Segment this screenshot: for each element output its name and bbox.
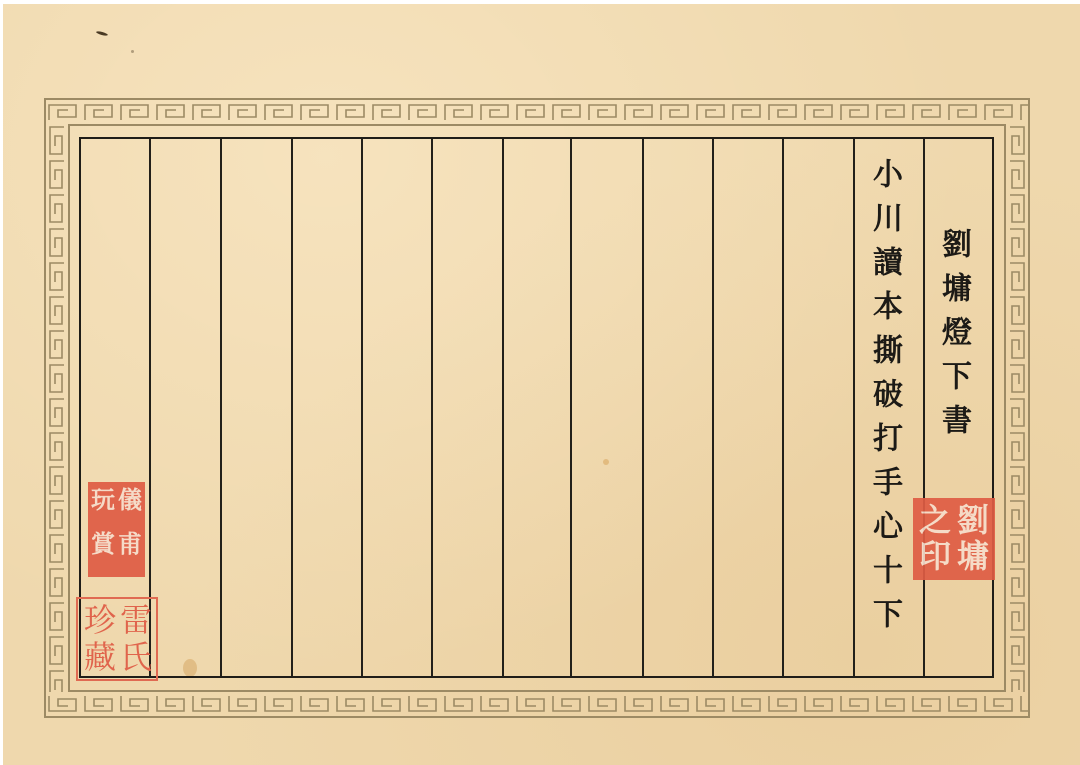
fret-border-left (46, 124, 68, 692)
fret-border-top (46, 100, 1028, 124)
seal-char: 珍 (84, 604, 116, 636)
column-rule (923, 139, 925, 676)
seal-char: 之 (919, 504, 951, 536)
seal-char: 印 (919, 540, 951, 572)
seal-char: 賞 (91, 532, 115, 556)
column-rule (220, 139, 222, 676)
seal-collector-upper: 儀 甫 玩 賞 (88, 482, 145, 577)
ink-speck (131, 50, 134, 53)
column-rule (570, 139, 572, 676)
seal-collector-lower: 雷 氏 珍 藏 (76, 597, 158, 681)
seal-char: 氏 (120, 641, 152, 673)
letter-text-column-1: 小川讀本撕破打手心十下 (869, 158, 899, 642)
seal-char: 劉 (957, 504, 989, 536)
letter-text-signature: 劉墉燈下書 (938, 228, 968, 448)
seal-char: 甫 (118, 532, 142, 556)
column-rule (149, 139, 151, 676)
seal-char: 藏 (84, 641, 116, 673)
fret-border-bottom (46, 692, 1028, 716)
column-rule (291, 139, 293, 676)
seal-char: 儀 (118, 488, 142, 512)
column-rule (712, 139, 714, 676)
column-rule (502, 139, 504, 676)
column-rule (431, 139, 433, 676)
column-rule (853, 139, 855, 676)
seal-char: 玩 (91, 488, 115, 512)
fret-border-right (1006, 124, 1028, 692)
seal-liu-yong: 劉 墉 之 印 (913, 498, 995, 580)
column-grid (79, 137, 994, 678)
column-rule (361, 139, 363, 676)
ink-speck (96, 30, 108, 36)
seal-char: 雷 (120, 604, 152, 636)
column-rule (642, 139, 644, 676)
column-rule (782, 139, 784, 676)
seal-char: 墉 (957, 540, 989, 572)
